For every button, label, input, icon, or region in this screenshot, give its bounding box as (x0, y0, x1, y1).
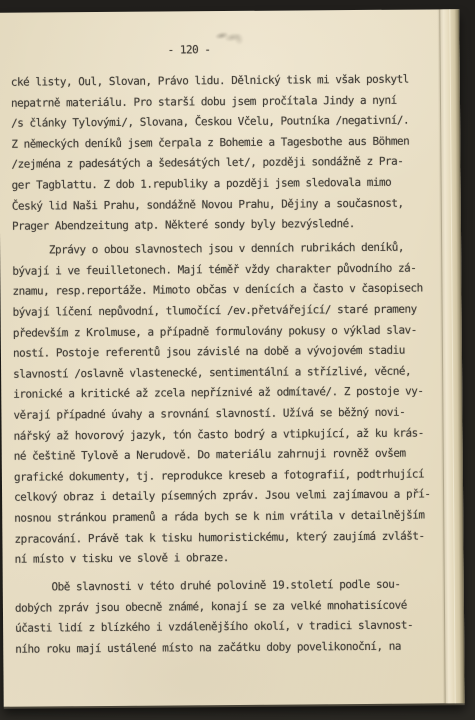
typewritten-text: cké listy, Oul, Slovan, Právo lidu. Děln… (11, 69, 436, 660)
text-line: ního roku mají ustálené místo na začátku… (15, 636, 435, 660)
document-page: - 120 - cké listy, Oul, Slovan, Právo li… (0, 9, 465, 707)
text-line: Prager Abendzeitung atp. Některé sondy b… (12, 214, 432, 238)
text-line: bývají líčení nepůvodní, tlumočící /ev.p… (13, 299, 433, 323)
paragraph: cké listy, Oul, Slovan, Právo lidu. Děln… (11, 69, 432, 237)
text-line: Český lid Naši Prahu, sondážně Novou Pra… (12, 193, 432, 217)
ink-smudge (210, 23, 248, 54)
text-line: zpracování. Právě tak k tisku humoristic… (14, 526, 434, 550)
book-fore-edge (437, 9, 464, 703)
text-line: nosnou stránkou pramenů a ráda bych se k… (14, 505, 434, 529)
scanned-book-photo: - 120 - cké listy, Oul, Slovan, Právo li… (0, 0, 475, 720)
paragraph: Obě slavnosti v této druhé polovině 19.s… (15, 575, 436, 661)
text-line: ger Tagblattu. Z dob 1.republiky a pozdě… (12, 172, 432, 196)
text-line: ní místo v tisku ve slově i obraze. (15, 547, 435, 571)
text-line: cké listy, Oul, Slovan, Právo lidu. Děln… (11, 69, 431, 93)
text-line: věrají případné úvahy a srovnání slavnos… (13, 402, 433, 426)
page-number: - 120 - (168, 43, 211, 56)
paragraph: Zprávy o obou slavnostech jsou v denních… (12, 238, 435, 571)
